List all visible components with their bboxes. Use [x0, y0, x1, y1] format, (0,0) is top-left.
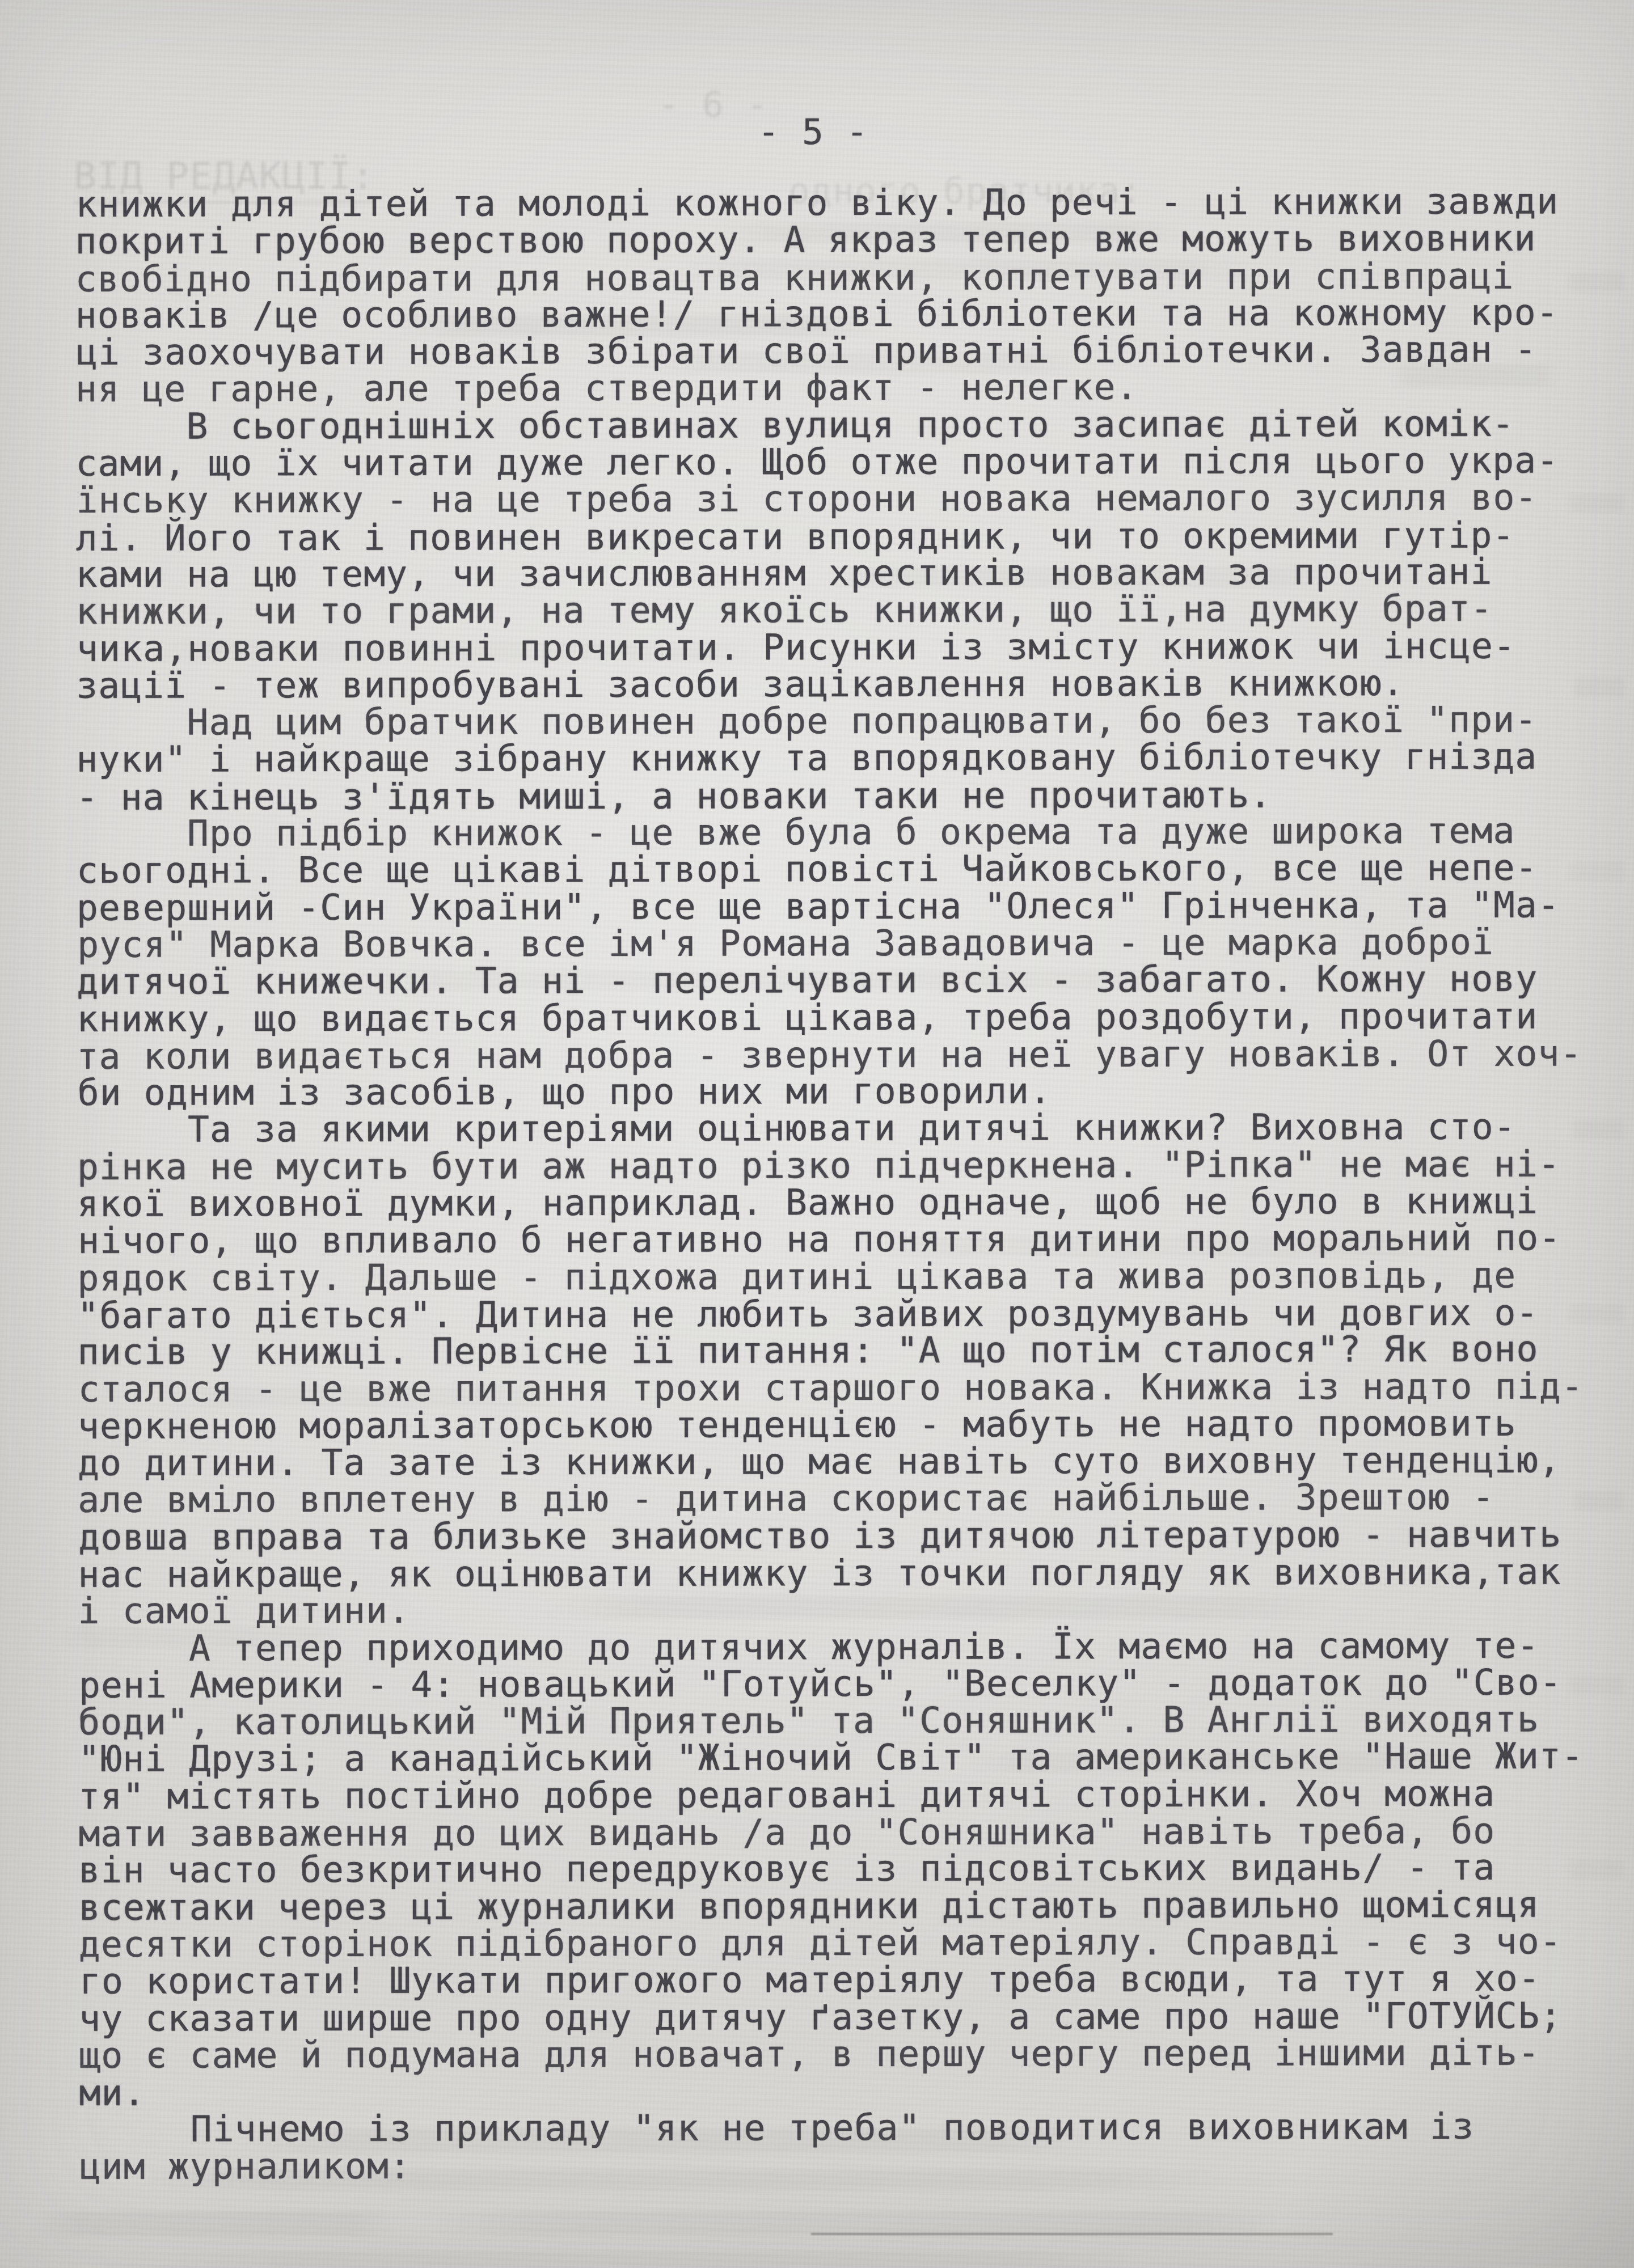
text-line: "Юні Друзі; а канадійський "Жіночий Світ… — [78, 1738, 1632, 1778]
text-line: нуки" і найкраще зібрану книжку та впоря… — [76, 738, 1630, 778]
text-line: Та за якими критеріями оцінювати дитячі … — [77, 1108, 1631, 1149]
text-line: сталося - це вже питання трохи старшого … — [78, 1368, 1632, 1408]
bleedthrough-smudge — [34, 2211, 397, 2236]
text-line: але вміло вплетену в дію - дитина скорис… — [78, 1479, 1632, 1519]
text-line: всежтаки через ці журналики впорядники д… — [79, 1886, 1633, 1926]
text-line: ці заохочувати новаків збірати свої прив… — [76, 331, 1630, 371]
text-line: та коли видається нам добра - звернути н… — [77, 1035, 1631, 1075]
bleedthrough-smudge — [170, 2251, 1134, 2268]
text-line: довша вправа та близьке знайомство із ди… — [78, 1516, 1632, 1556]
text-line: писів у книжці. Первісне її питання: "А … — [78, 1330, 1632, 1370]
text-line: покриті грубою верствою пороху. А якраз … — [75, 219, 1629, 260]
text-line: рядок світу. Дальше - підхожа дитині цік… — [77, 1256, 1631, 1297]
text-line: рінка не мусить бути аж надто різко підч… — [77, 1145, 1631, 1186]
text-line: ками на цю тему, чи зачислюванням хрести… — [76, 553, 1630, 593]
bleedthrough-smudge — [431, 2211, 1282, 2235]
text-line: лі. Його так і повинен викресати впорядн… — [76, 517, 1630, 557]
text-line: черкненою моралізаторською тенденцією - … — [78, 1404, 1632, 1445]
text-line: руся" Марка Вовчка. все ім'я Романа Зава… — [77, 923, 1631, 963]
bleedthrough-underline — [811, 2233, 1333, 2235]
text-line: новаків /це особливо важне!/ гніздові бі… — [75, 294, 1629, 334]
text-line: го користати! Шукати пригожого матеріялу… — [79, 1960, 1633, 2000]
text-line: "багато діється". Дитина не любить зайви… — [77, 1294, 1631, 1334]
text-line: ня це гарне, але треба ствердити факт - … — [75, 368, 1629, 408]
text-line: А тепер приходимо до дитячих журналів. Ї… — [78, 1627, 1632, 1667]
text-line: книжки, чи то грами, на тему якоїсь книж… — [76, 590, 1630, 630]
text-line: дитячої книжечки. Та ні - перелічувати в… — [77, 960, 1631, 1000]
text-line: їнську книжку - на це треба зі сторони н… — [76, 479, 1630, 519]
text-line: рені Америки - 4: новацький "Готуйсь", "… — [79, 1664, 1633, 1704]
page-number: - 5 - — [758, 111, 868, 153]
text-line: ревершний -Син України", все ще вартісна… — [77, 886, 1631, 926]
text-line: чу сказати ширше про одну дитячу ґазетку… — [79, 1997, 1633, 2037]
text-line: В сьогоднішніх обставинах вулиця просто … — [75, 405, 1629, 445]
text-line: мати завваження до цих видань /а до "Сон… — [78, 1812, 1632, 1852]
text-line: нічого, що впливало б негативно на понят… — [78, 1219, 1632, 1259]
text-line: сами, що їх читати дуже легко. Щоб отже … — [75, 442, 1629, 482]
text-line: Пічнемо із прикладу "як не треба" поводи… — [79, 2108, 1633, 2148]
text-line: що є саме й подумана для новачат, в перш… — [79, 2034, 1633, 2074]
text-line: свобідно підбирати для новацтва книжки, … — [75, 257, 1629, 298]
text-line: тя" містять постійно добре редаговані ди… — [78, 1775, 1632, 1815]
scanned-page: ВІД РЕДАКЦІЇ: - 6 - одного братчика: - 5… — [0, 0, 1634, 2268]
text-line: Про підбір книжок - це вже була б окрема… — [77, 812, 1631, 852]
body-text: книжки для дітей та молоді кожного віку.… — [75, 183, 1633, 2185]
text-line: якої виховної думки, наприклад. Важно од… — [77, 1182, 1631, 1222]
text-line: зації - теж випробувані засоби зацікавле… — [76, 664, 1630, 704]
text-line: він часто безкритично передруковує із пі… — [78, 1848, 1632, 1889]
text-line: боди", католицький "Мій Приятель" та "Со… — [78, 1700, 1632, 1741]
text-line: сьогодні. Все ще цікаві дітворі повісті … — [77, 849, 1631, 889]
bleedthrough-reverse-page-number: - 6 - — [658, 84, 769, 125]
text-line: Над цим братчик повинен добре попрацюват… — [76, 701, 1630, 741]
text-line: і самої дитини. — [78, 1589, 1632, 1630]
text-line: чика,новаки повинні прочитати. Рисунки і… — [77, 627, 1631, 667]
text-line: цим журналиком: — [79, 2145, 1633, 2185]
text-line: до дитини. Та зате із книжки, що має нав… — [78, 1441, 1632, 1482]
text-line: книжки для дітей та молоді кожного віку.… — [75, 183, 1629, 223]
text-line: нас найкраще, як оцінювати книжку із точ… — [78, 1553, 1632, 1593]
text-line: десятки сторінок підібраного для дітей м… — [79, 1923, 1633, 1963]
text-line: книжку, що видається братчикові цікава, … — [77, 997, 1631, 1038]
text-line: би одним із засобів, що про них ми говор… — [78, 1071, 1632, 1111]
